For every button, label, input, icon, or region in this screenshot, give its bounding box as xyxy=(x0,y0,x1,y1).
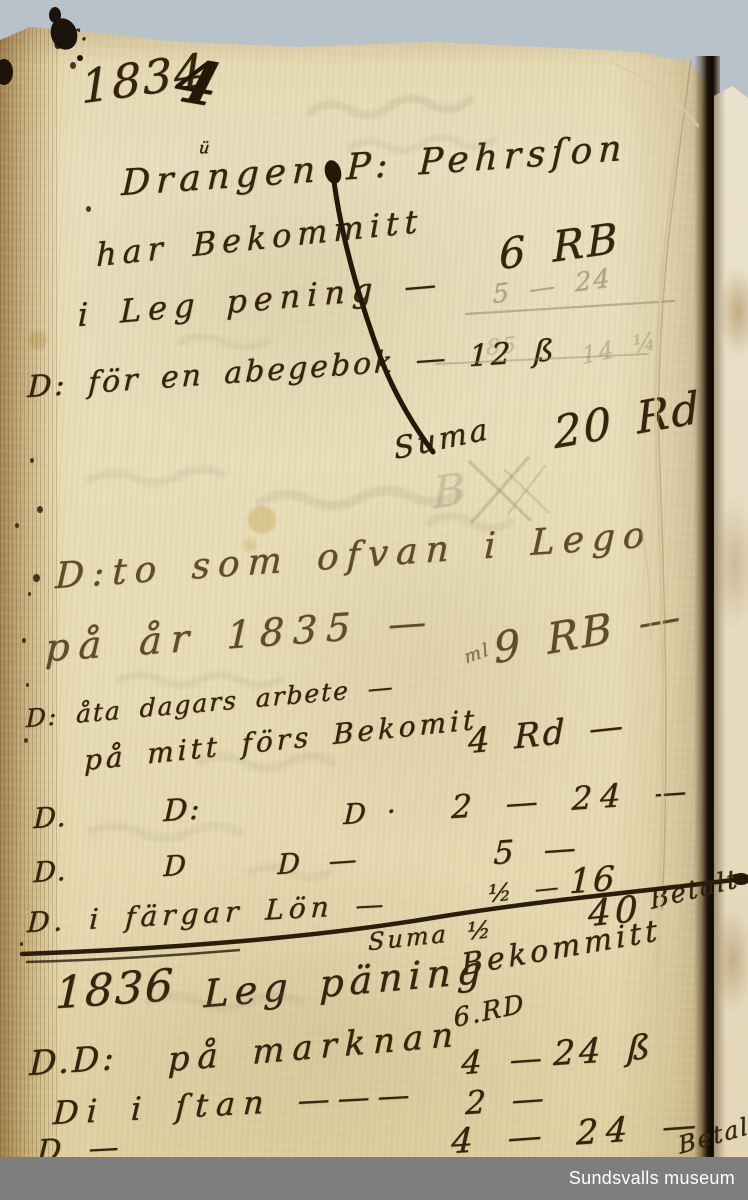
manuscript-line: i Leg pening — xyxy=(77,264,443,334)
manuscript-line: B xyxy=(432,463,468,519)
manuscript-line: 1836 xyxy=(54,960,175,1020)
ink-speck xyxy=(86,206,91,212)
manuscript-line: D · xyxy=(343,794,398,831)
manuscript-line: Drangen P: Pehrsſon xyxy=(121,128,628,205)
manuscript-line: D xyxy=(163,848,189,883)
manuscript-line: D — xyxy=(277,842,363,881)
ink-speck xyxy=(22,638,26,643)
manuscript-line: ü xyxy=(198,138,212,157)
manuscript-line: ml xyxy=(462,639,492,669)
manuscript-line: D. xyxy=(33,800,68,836)
ink-speck xyxy=(28,592,31,596)
manuscript-line: år. xyxy=(50,17,91,56)
manuscript-line: 4 Rd — xyxy=(468,705,626,762)
ink-speck xyxy=(24,738,28,743)
ink-speck xyxy=(33,574,40,582)
manuscript-line: Di i ſtan ——— xyxy=(52,1075,419,1132)
manuscript-line: D. xyxy=(33,854,68,890)
manuscript-line: 14 ¼ xyxy=(580,326,659,370)
manuscript-line: Leg päning xyxy=(203,947,487,1016)
manuscript-line: D: xyxy=(163,791,202,829)
manuscript-line: ½ — xyxy=(488,872,562,908)
manuscript-line: Suma xyxy=(392,412,492,467)
scanned-book-photo: år.18344üDrangen P: Pehrsſonhar Bekommit… xyxy=(0,0,748,1200)
manuscript-line: 2 — 24 — xyxy=(451,771,695,826)
manuscript-line: 6.RD xyxy=(452,989,527,1034)
manuscript-line: 4 — xyxy=(461,1038,548,1082)
manuscript-line: 20 Rd xyxy=(552,382,703,459)
manuscript-line: 9 RB — xyxy=(492,591,684,673)
ink-speck xyxy=(30,458,34,463)
manuscript-line: D.D: xyxy=(29,1038,118,1084)
ink-speck xyxy=(37,506,43,513)
manuscript-line: D:to som ofvan i Lego xyxy=(55,514,654,597)
handwritten-text-layer: år.18344üDrangen P: Pehrsſonhar Bekommit… xyxy=(0,0,748,1200)
manuscript-line: har Bekommitt xyxy=(96,202,423,275)
manuscript-line: på år 1835 — xyxy=(44,599,435,670)
museum-credit: Sundsvalls museum xyxy=(569,1168,748,1189)
ink-speck xyxy=(15,523,19,528)
manuscript-line: 24 ß xyxy=(553,1027,655,1074)
ink-speck xyxy=(20,942,23,946)
footer-credit-bar: Sundsvalls museum xyxy=(0,1157,748,1200)
ink-speck xyxy=(26,683,29,687)
manuscript-line: D: för en abegebok — 12 ß xyxy=(27,333,557,405)
manuscript-line: på marknan xyxy=(167,1014,461,1080)
manuscript-line: D. i färgar Lön — xyxy=(26,887,389,939)
manuscript-line: Betalt xyxy=(648,864,741,916)
ink-speck xyxy=(70,62,76,69)
